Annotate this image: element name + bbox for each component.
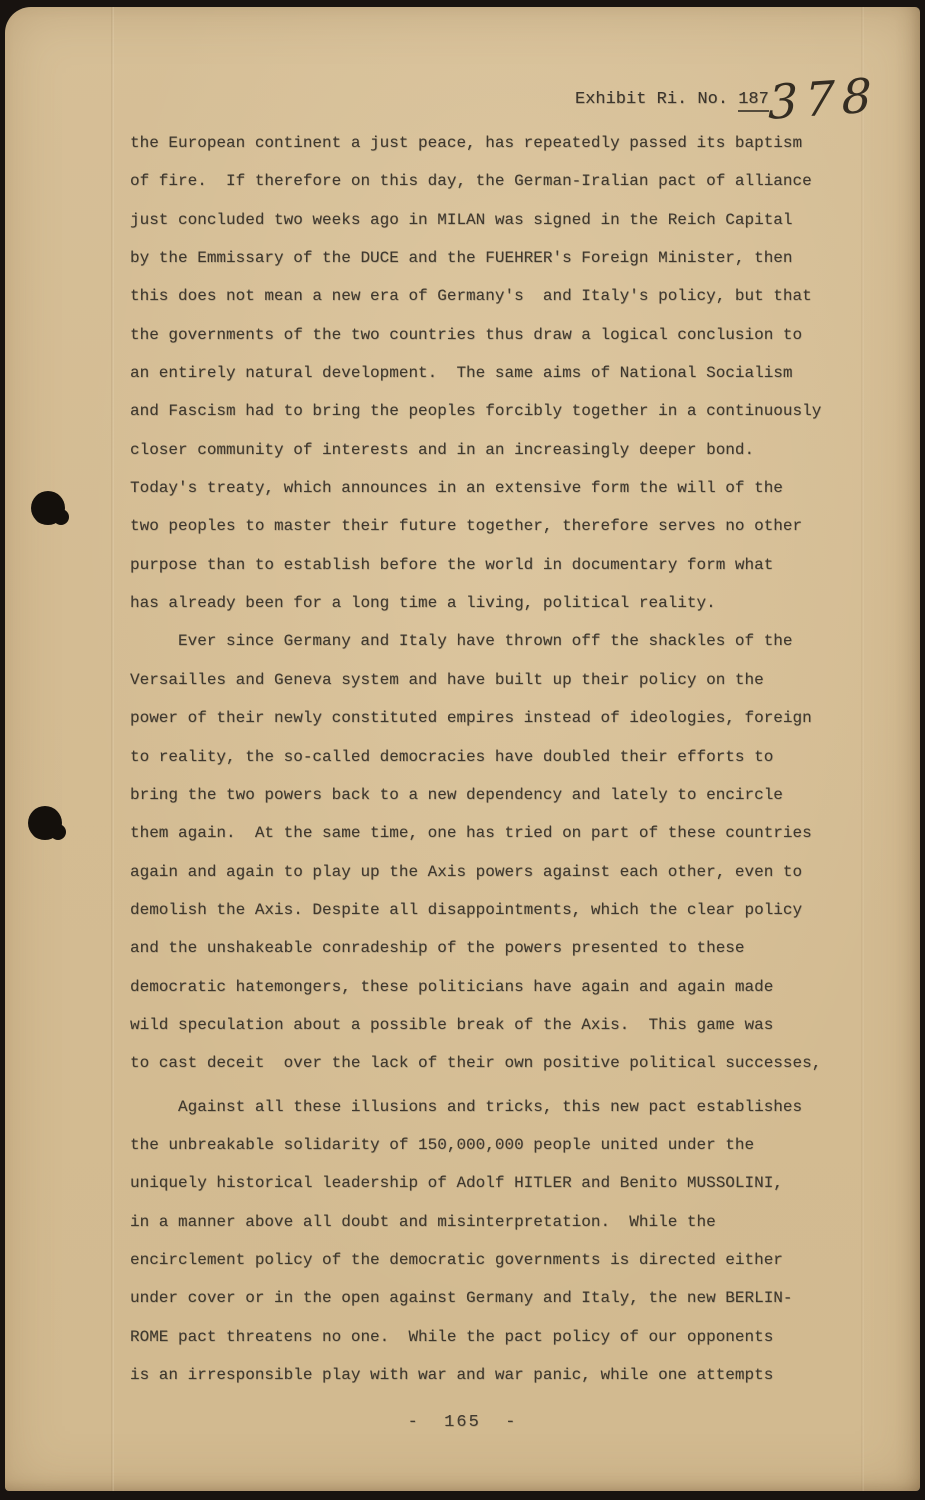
text-line: ROME pact threatens no one. While the pa… — [130, 1318, 850, 1356]
text-line: Versailles and Geneva system and have bu… — [130, 661, 850, 699]
text-line: two peoples to master their future toget… — [130, 507, 850, 545]
text-line: to reality, the so-called democracies ha… — [130, 738, 850, 776]
text-line: the governments of the two countries thu… — [130, 316, 850, 354]
text-line: the European continent a just peace, has… — [130, 124, 850, 162]
text-line: and the unshakeable conradeship of the p… — [130, 929, 850, 967]
text-line: in a manner above all doubt and misinter… — [130, 1203, 850, 1241]
text-line: closer community of interests and in an … — [130, 431, 850, 469]
text-line: bring the two powers back to a new depen… — [130, 776, 850, 814]
text-line: encirclement policy of the democratic go… — [130, 1241, 850, 1279]
text-line: Against all these illusions and tricks, … — [130, 1088, 850, 1126]
exhibit-header: Exhibit Ri. No. 187 — [575, 90, 769, 109]
handwritten-page-number: 378 — [768, 68, 878, 131]
text-line: by the Emmissary of the DUCE and the FUE… — [130, 239, 850, 277]
text-line: and Fascism had to bring the peoples for… — [130, 392, 850, 430]
exhibit-label: Exhibit Ri. No. — [575, 90, 738, 109]
text-line: demolish the Axis. Despite all disappoin… — [130, 891, 850, 929]
fold-crease-left — [111, 7, 114, 1491]
text-line: them again. At the same time, one has tr… — [130, 814, 850, 852]
text-line: just concluded two weeks ago in MILAN wa… — [130, 201, 850, 239]
text-line: democratic hatemongers, these politician… — [130, 968, 850, 1006]
text-line: an entirely natural development. The sam… — [130, 354, 850, 392]
fold-crease-right — [861, 7, 864, 1491]
text-line: uniquely historical leadership of Adolf … — [130, 1164, 850, 1202]
text-line: Ever since Germany and Italy have thrown… — [130, 622, 850, 660]
text-line: wild speculation about a possible break … — [130, 1006, 850, 1044]
text-line: this does not mean a new era of Germany'… — [130, 277, 850, 315]
typed-lines: the European continent a just peace, has… — [130, 124, 850, 1394]
text-line: Today's treaty, which announces in an ex… — [130, 469, 850, 507]
text-line: of fire. If therefore on this day, the G… — [130, 162, 850, 200]
text-line: has already been for a long time a livin… — [130, 584, 850, 622]
punch-hole-top — [31, 491, 65, 525]
punch-hole-bottom — [28, 806, 62, 840]
text-line: again and again to play up the Axis powe… — [130, 853, 850, 891]
text-line: the unbreakable solidarity of 150,000,00… — [130, 1126, 850, 1164]
page-number-footer: - 165 - — [0, 1413, 925, 1432]
text-line: is an irresponsible play with war and wa… — [130, 1356, 850, 1394]
text-line: to cast deceit over the lack of their ow… — [130, 1044, 850, 1082]
text-line: under cover or in the open against Germa… — [130, 1279, 850, 1317]
text-line: power of their newly constituted empires… — [130, 699, 850, 737]
exhibit-number: 187 — [738, 90, 769, 112]
scanned-document-page: Exhibit Ri. No. 187 378 the European con… — [0, 0, 925, 1500]
text-line: purpose than to establish before the wor… — [130, 546, 850, 584]
